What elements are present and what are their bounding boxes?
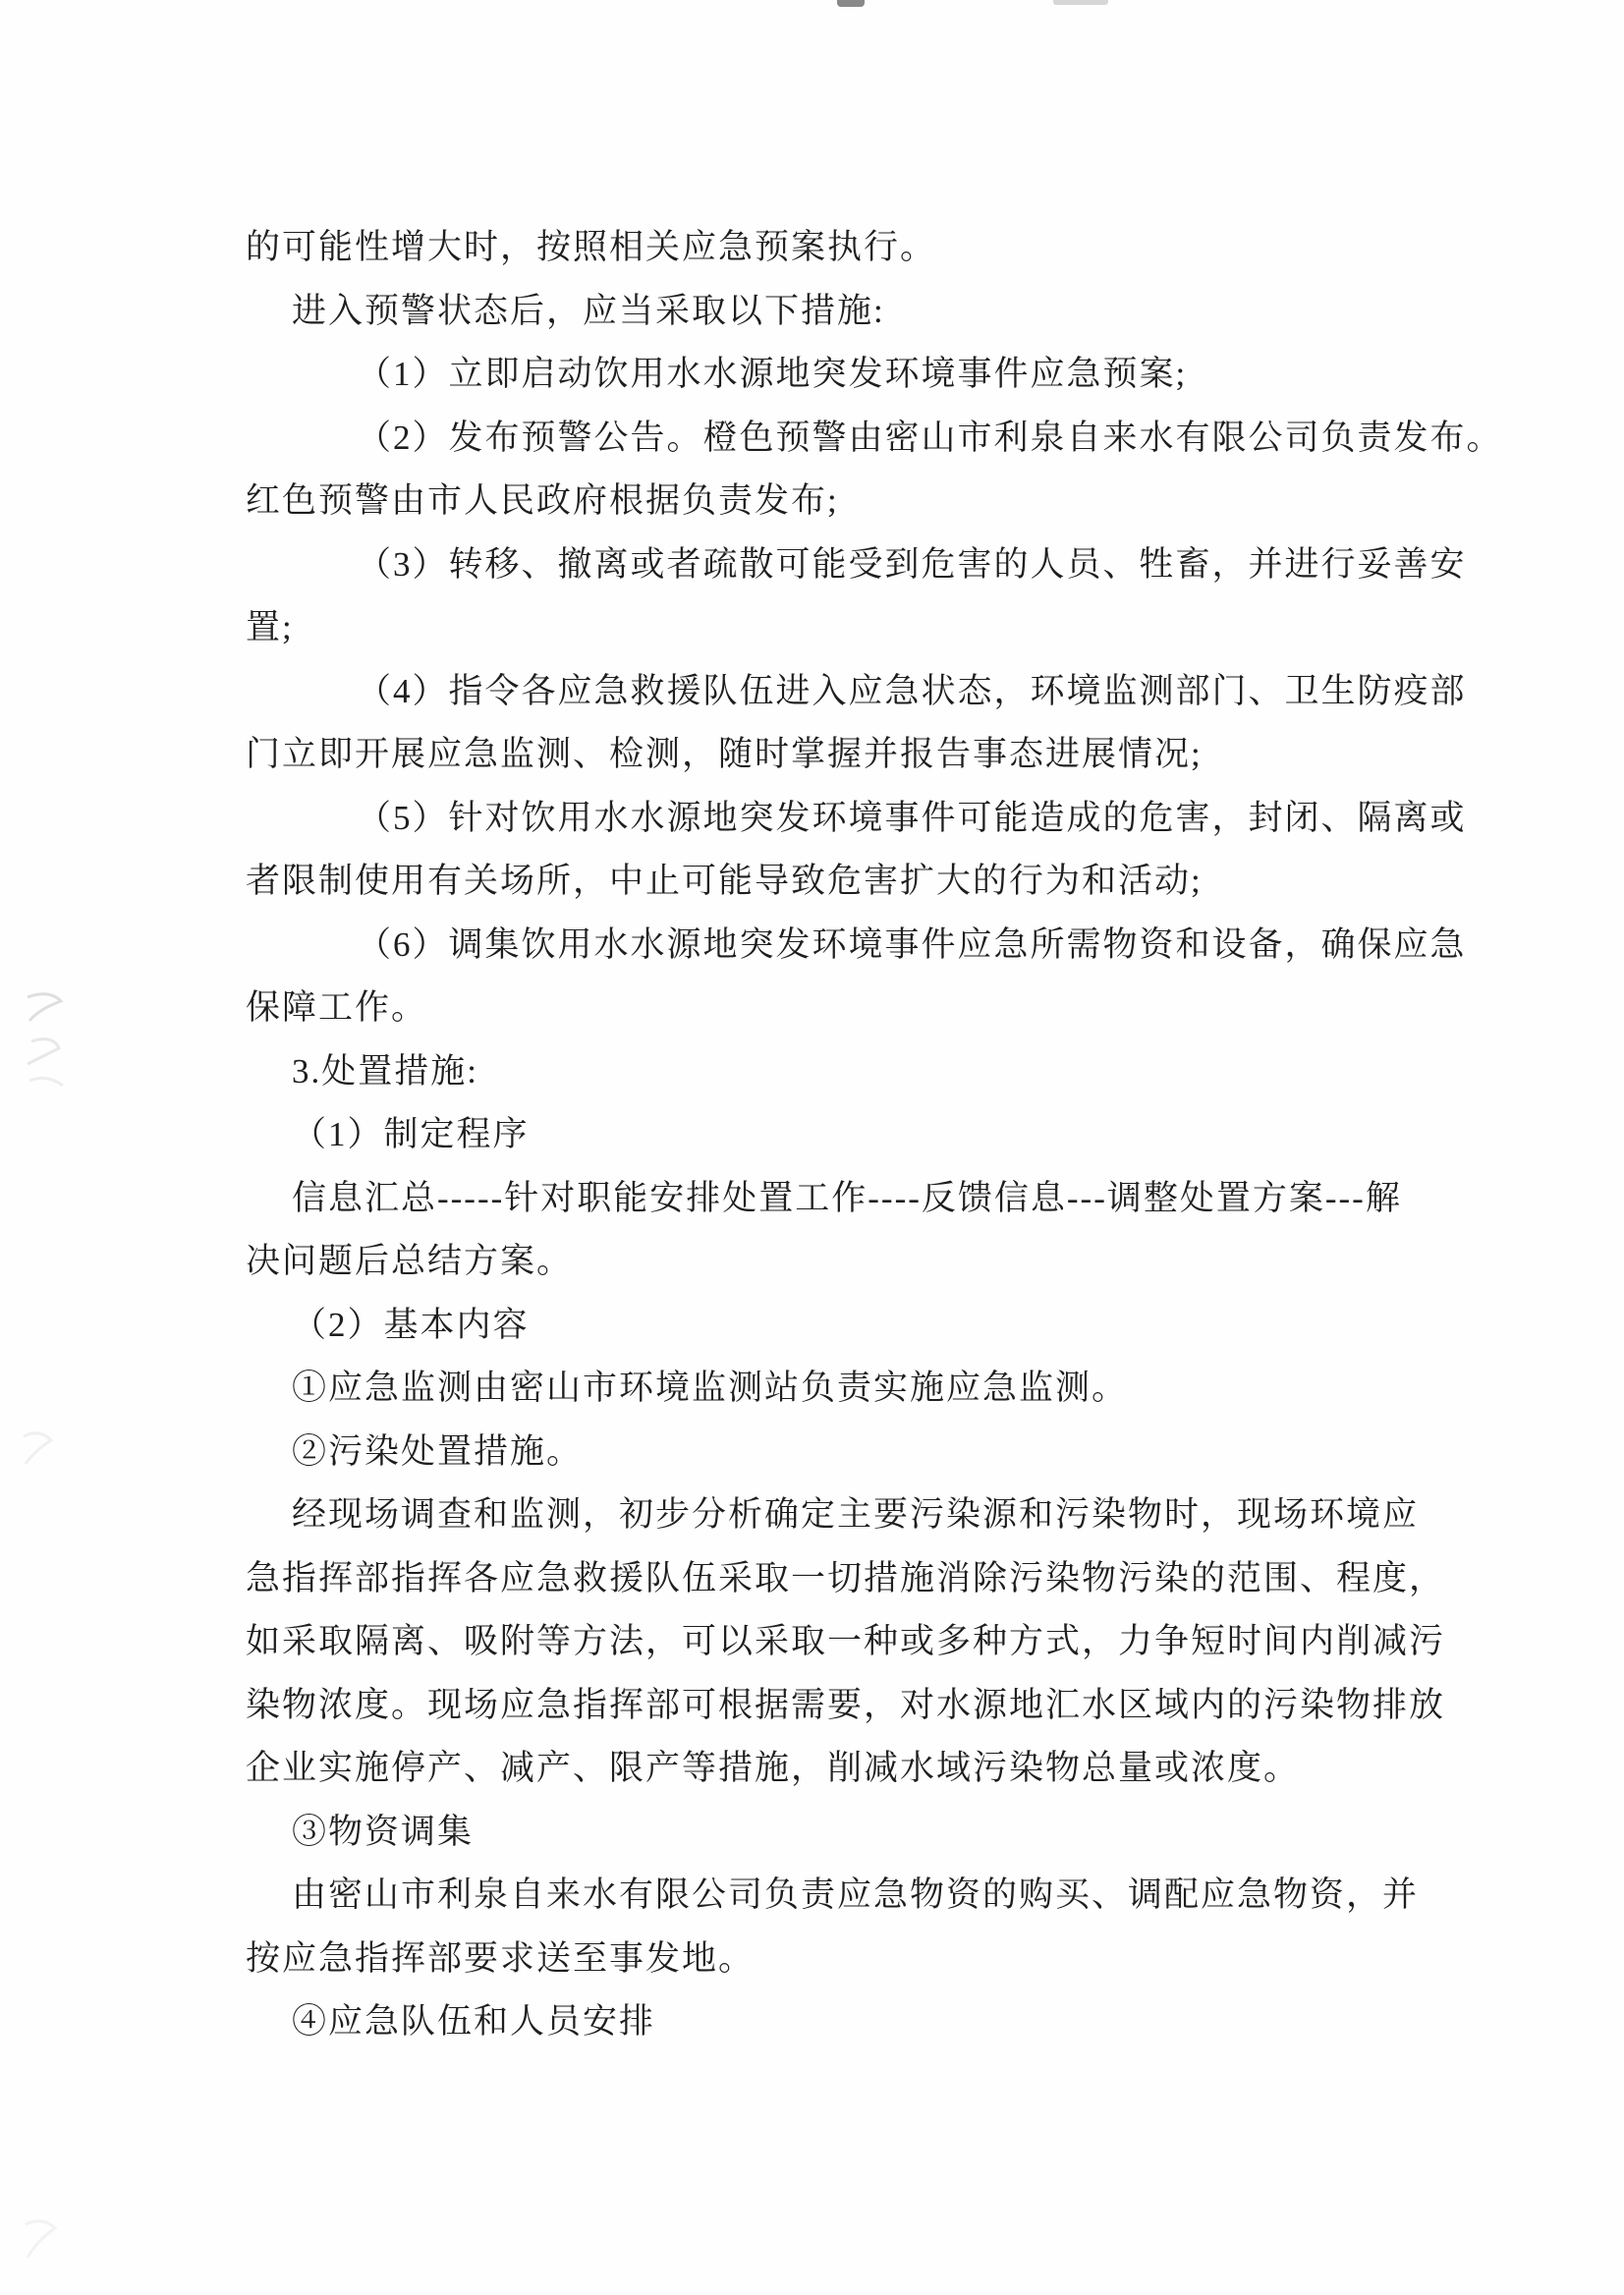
document-text: 的可能性增大时，按照相关应急预案执行。 进入预警状态后，应当采取以下措施: （1… [246,216,1503,2054]
text-line: （4）指令各应急救援队伍进入应急状态，环境监测部门、卫生防疫部 [246,660,1503,724]
text-line: （1）立即启动饮用水水源地突发环境事件应急预案; [246,343,1503,407]
text-line: （6）调集饮用水水源地突发环境事件应急所需物资和设备，确保应急 [246,914,1503,978]
text-line: 由密山市利泉自来水有限公司负责应急物资的购买、调配应急物资，并 [246,1864,1503,1928]
text-line: 企业实施停产、减产、限产等措施，削减水域污染物总量或浓度。 [246,1737,1503,1801]
text-line: 如采取隔离、吸附等方法，可以采取一种或多种方式，力争短时间内削减污 [246,1610,1503,1674]
text-line: （2）基本内容 [246,1294,1503,1358]
text-line: ③物资调集 [246,1801,1503,1865]
text-line: 进入预警状态后，应当采取以下措施: [246,280,1503,344]
scan-artifact-bottom-left [18,2211,61,2269]
text-line: 保障工作。 [246,977,1503,1040]
text-line: ①应急监测由密山市环境监测站负责实施应急监测。 [246,1357,1503,1421]
text-line: （5）针对饮用水水源地突发环境事件可能造成的危害，封闭、隔离或 [246,787,1503,851]
scan-artifact-top-center [837,0,865,7]
document-page: 的可能性增大时，按照相关应急预案执行。 进入预警状态后，应当采取以下措施: （1… [0,0,1624,2295]
text-line: （1）制定程序 [246,1103,1503,1167]
text-line: 的可能性增大时，按照相关应急预案执行。 [246,216,1503,280]
scan-artifact-top-right [1053,0,1108,5]
text-line: （2）发布预警公告。橙色预警由密山市利泉自来水有限公司负责发布。 [246,407,1503,471]
text-line: 染物浓度。现场应急指挥部可根据需要，对水源地汇水区域内的污染物排放 [246,1674,1503,1738]
text-line: 红色预警由市人民政府根据负责发布; [246,470,1503,533]
text-line: 置; [246,596,1503,660]
text-line: 急指挥部指挥各应急救援队伍采取一切措施消除污染物污染的范围、程度， [246,1547,1503,1611]
scan-artifact-left-margin [20,987,69,1095]
scan-artifact-left-margin-2 [18,1425,57,1474]
text-line: 3.处置措施: [246,1040,1503,1104]
text-line: （3）转移、撤离或者疏散可能受到危害的人员、牲畜，并进行妥善安 [246,533,1503,597]
text-line: 按应急指挥部要求送至事发地。 [246,1928,1503,1991]
text-line: 门立即开展应急监测、检测，随时掌握并报告事态进展情况; [246,723,1503,787]
text-line: ④应急队伍和人员安排 [246,1990,1503,2054]
text-line: 者限制使用有关场所，中止可能导致危害扩大的行为和活动; [246,850,1503,914]
text-line: 信息汇总-----针对职能安排处置工作----反馈信息---调整处置方案---解 [246,1167,1503,1231]
text-line: 决问题后总结方案。 [246,1230,1503,1294]
text-line: 经现场调查和监测，初步分析确定主要污染源和污染物时，现场环境应 [246,1483,1503,1547]
text-line: ②污染处置措施。 [246,1421,1503,1484]
